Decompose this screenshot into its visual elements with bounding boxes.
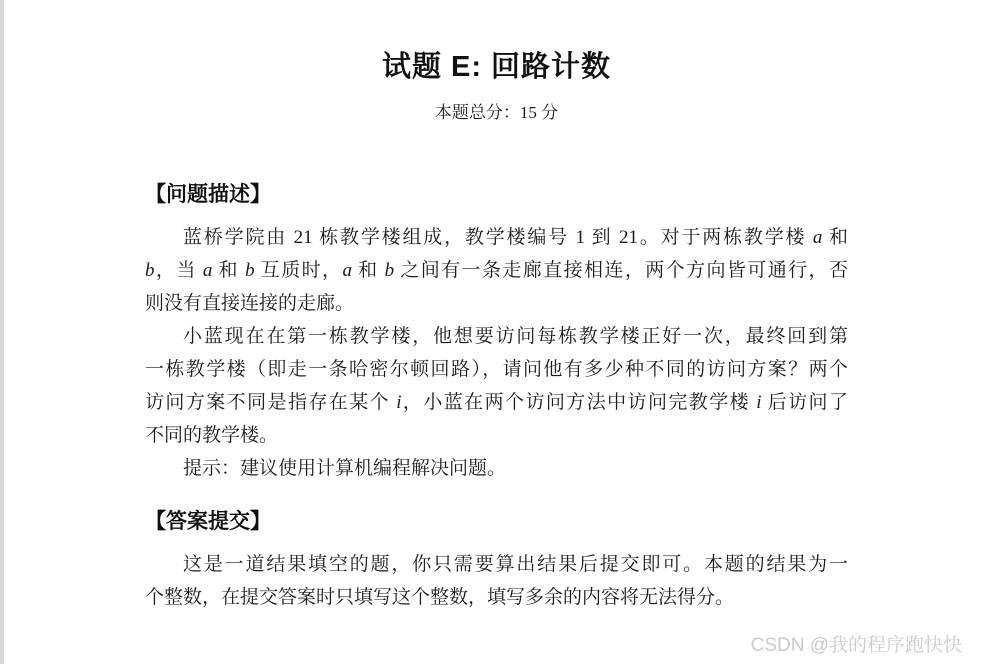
math-variable: i bbox=[756, 392, 761, 413]
text-line: 提示：建议使用计算机编程解决问题。 bbox=[145, 452, 848, 485]
document: 试题 E: 回路计数 本题总分：15 分 【问题描述】蓝桥学院由 21 栋教学楼… bbox=[145, 0, 848, 614]
paragraph: 小蓝现在在第一栋教学楼，他想要访问每栋教学楼正好一次，最终回到第一栋教学楼（即走… bbox=[145, 320, 848, 452]
text-line: 个整数，在提交答案时只填写这个整数，填写多余的内容将无法得分。 bbox=[145, 581, 848, 614]
section: 【答案提交】这是一道结果填空的题，你只需要算出结果后提交即可。本题的结果为一个整… bbox=[145, 508, 848, 614]
math-variable: b bbox=[245, 260, 255, 281]
text-line: 一栋教学楼（即走一条哈密尔顿回路），请问他有多少种不同的访问方案？两个 bbox=[145, 353, 848, 386]
page: { "document": { "title": "试题 E: 回路计数", "… bbox=[0, 0, 989, 664]
paragraph: 这是一道结果填空的题，你只需要算出结果后提交即可。本题的结果为一个整数，在提交答… bbox=[145, 548, 848, 614]
text-line: 访问方案不同是指存在某个 i，小蓝在两个访问方法中访问完教学楼 i 后访问了 bbox=[145, 386, 848, 419]
paragraph: 蓝桥学院由 21 栋教学楼组成，教学楼编号 1 到 21。对于两栋教学楼 a 和… bbox=[145, 221, 848, 320]
document-subtitle: 本题总分：15 分 bbox=[145, 102, 848, 124]
section-heading: 【问题描述】 bbox=[145, 181, 848, 209]
text-line: 这是一道结果填空的题，你只需要算出结果后提交即可。本题的结果为一 bbox=[145, 548, 848, 581]
math-variable: b bbox=[145, 260, 155, 281]
paragraph: 提示：建议使用计算机编程解决问题。 bbox=[145, 452, 848, 485]
page-edge-strip bbox=[0, 0, 4, 664]
document-title: 试题 E: 回路计数 bbox=[145, 50, 848, 85]
text-line: 则没有直接连接的走廊。 bbox=[145, 287, 848, 320]
math-variable: a bbox=[342, 260, 352, 281]
math-variable: b bbox=[385, 260, 395, 281]
text-line: 小蓝现在在第一栋教学楼，他想要访问每栋教学楼正好一次，最终回到第 bbox=[145, 320, 848, 353]
math-variable: a bbox=[203, 260, 213, 281]
text-line: 不同的教学楼。 bbox=[145, 419, 848, 452]
section-heading: 【答案提交】 bbox=[145, 508, 848, 536]
watermark: CSDN @我的程序跑快快 bbox=[751, 634, 962, 658]
text-line: 蓝桥学院由 21 栋教学楼组成，教学楼编号 1 到 21。对于两栋教学楼 a 和 bbox=[145, 221, 848, 254]
text-line: b，当 a 和 b 互质时，a 和 b 之间有一条走廊直接相连，两个方向皆可通行… bbox=[145, 254, 848, 287]
math-variable: i bbox=[396, 392, 401, 413]
section: 【问题描述】蓝桥学院由 21 栋教学楼组成，教学楼编号 1 到 21。对于两栋教… bbox=[145, 181, 848, 485]
math-variable: a bbox=[813, 227, 823, 248]
document-body: 【问题描述】蓝桥学院由 21 栋教学楼组成，教学楼编号 1 到 21。对于两栋教… bbox=[145, 181, 848, 614]
